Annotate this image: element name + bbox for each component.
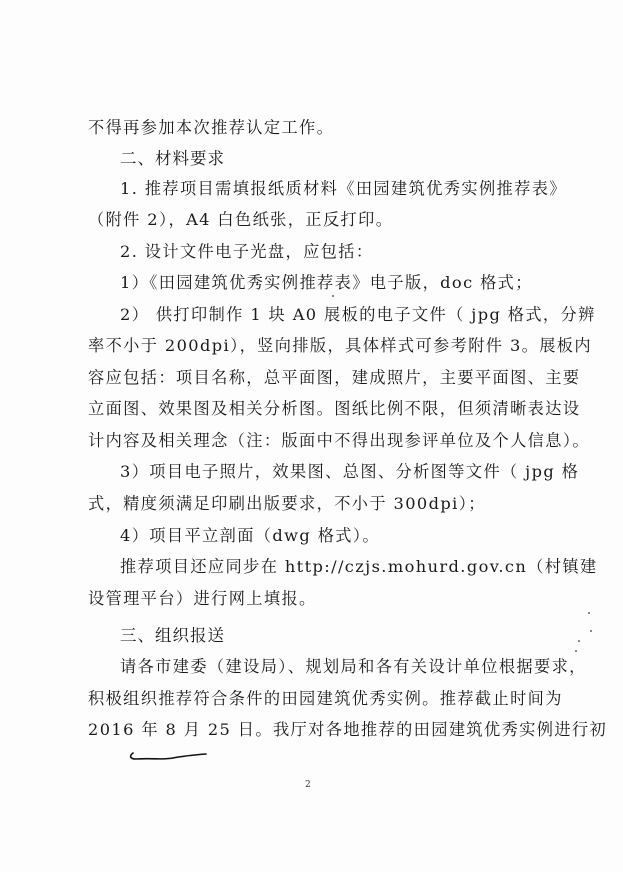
paragraph-line: （附件 2），A4 白色纸张，正反打印。 bbox=[88, 210, 568, 230]
paragraph-line-url: 推荐项目还应同步在 http://czjs.mohurd.gov.cn（村镇建 bbox=[120, 557, 600, 577]
paragraph-line: 积极组织推荐符合条件的田园建筑优秀实例。推荐截止时间为 bbox=[88, 689, 568, 709]
paragraph-line-deadline: 2016 年 8 月 25 日。我厅对各地推荐的田园建筑优秀实例进行初 bbox=[88, 720, 568, 740]
section-heading-submission: 三、组织报送 bbox=[120, 626, 600, 646]
handwritten-underline-mark bbox=[128, 750, 208, 764]
document-page: 不得再参加本次推荐认定工作。 二、材料要求 1. 推荐项目需填报纸质材料《田园建… bbox=[0, 0, 623, 872]
paragraph-line: 4）项目平立剖面（dwg 格式）。 bbox=[120, 526, 600, 546]
paragraph-line: 不得再参加本次推荐认定工作。 bbox=[88, 118, 568, 138]
paragraph-line: 容应包括：项目名称，总平面图，建成照片，主要平面图、主要 bbox=[88, 368, 568, 388]
section-heading-materials: 二、材料要求 bbox=[120, 149, 600, 169]
scan-speck bbox=[578, 640, 580, 642]
scan-speck bbox=[332, 295, 334, 297]
paragraph-line: 立面图、效果图及相关分析图。图纸比例不限，但须清晰表达设 bbox=[88, 399, 568, 419]
paragraph-line: 设管理平台）进行网上填报。 bbox=[88, 589, 568, 609]
scan-speck bbox=[575, 650, 577, 652]
paragraph-line: 3）项目电子照片，效果图、总图、分析图等文件（ jpg 格 bbox=[120, 462, 600, 482]
paragraph-line: 率不小于 200dpi），竖向排版，具体样式可参考附件 3。展板内 bbox=[88, 336, 568, 356]
page-number: 2 bbox=[305, 780, 311, 790]
scan-speck bbox=[590, 630, 592, 632]
paragraph-line: 计内容及相关理念（注：版面中不得出现参评单位及个人信息）。 bbox=[88, 431, 568, 451]
paragraph-line: 1）《田园建筑优秀实例推荐表》电子版，doc 格式； bbox=[120, 273, 600, 293]
scan-speck bbox=[588, 612, 590, 614]
paragraph-line: 式，精度须满足印刷出版要求，不小于 300dpi）； bbox=[88, 494, 568, 514]
paragraph-line: 2） 供打印制作 1 块 A0 展板的电子文件（ jpg 格式，分辨 bbox=[120, 305, 600, 325]
paragraph-line: 请各市建委（建设局）、规划局和各有关设计单位根据要求， bbox=[120, 657, 600, 677]
paragraph-line: 1. 推荐项目需填报纸质材料《田园建筑优秀实例推荐表》 bbox=[120, 179, 600, 199]
paragraph-line: 2. 设计文件电子光盘，应包括： bbox=[120, 242, 600, 262]
